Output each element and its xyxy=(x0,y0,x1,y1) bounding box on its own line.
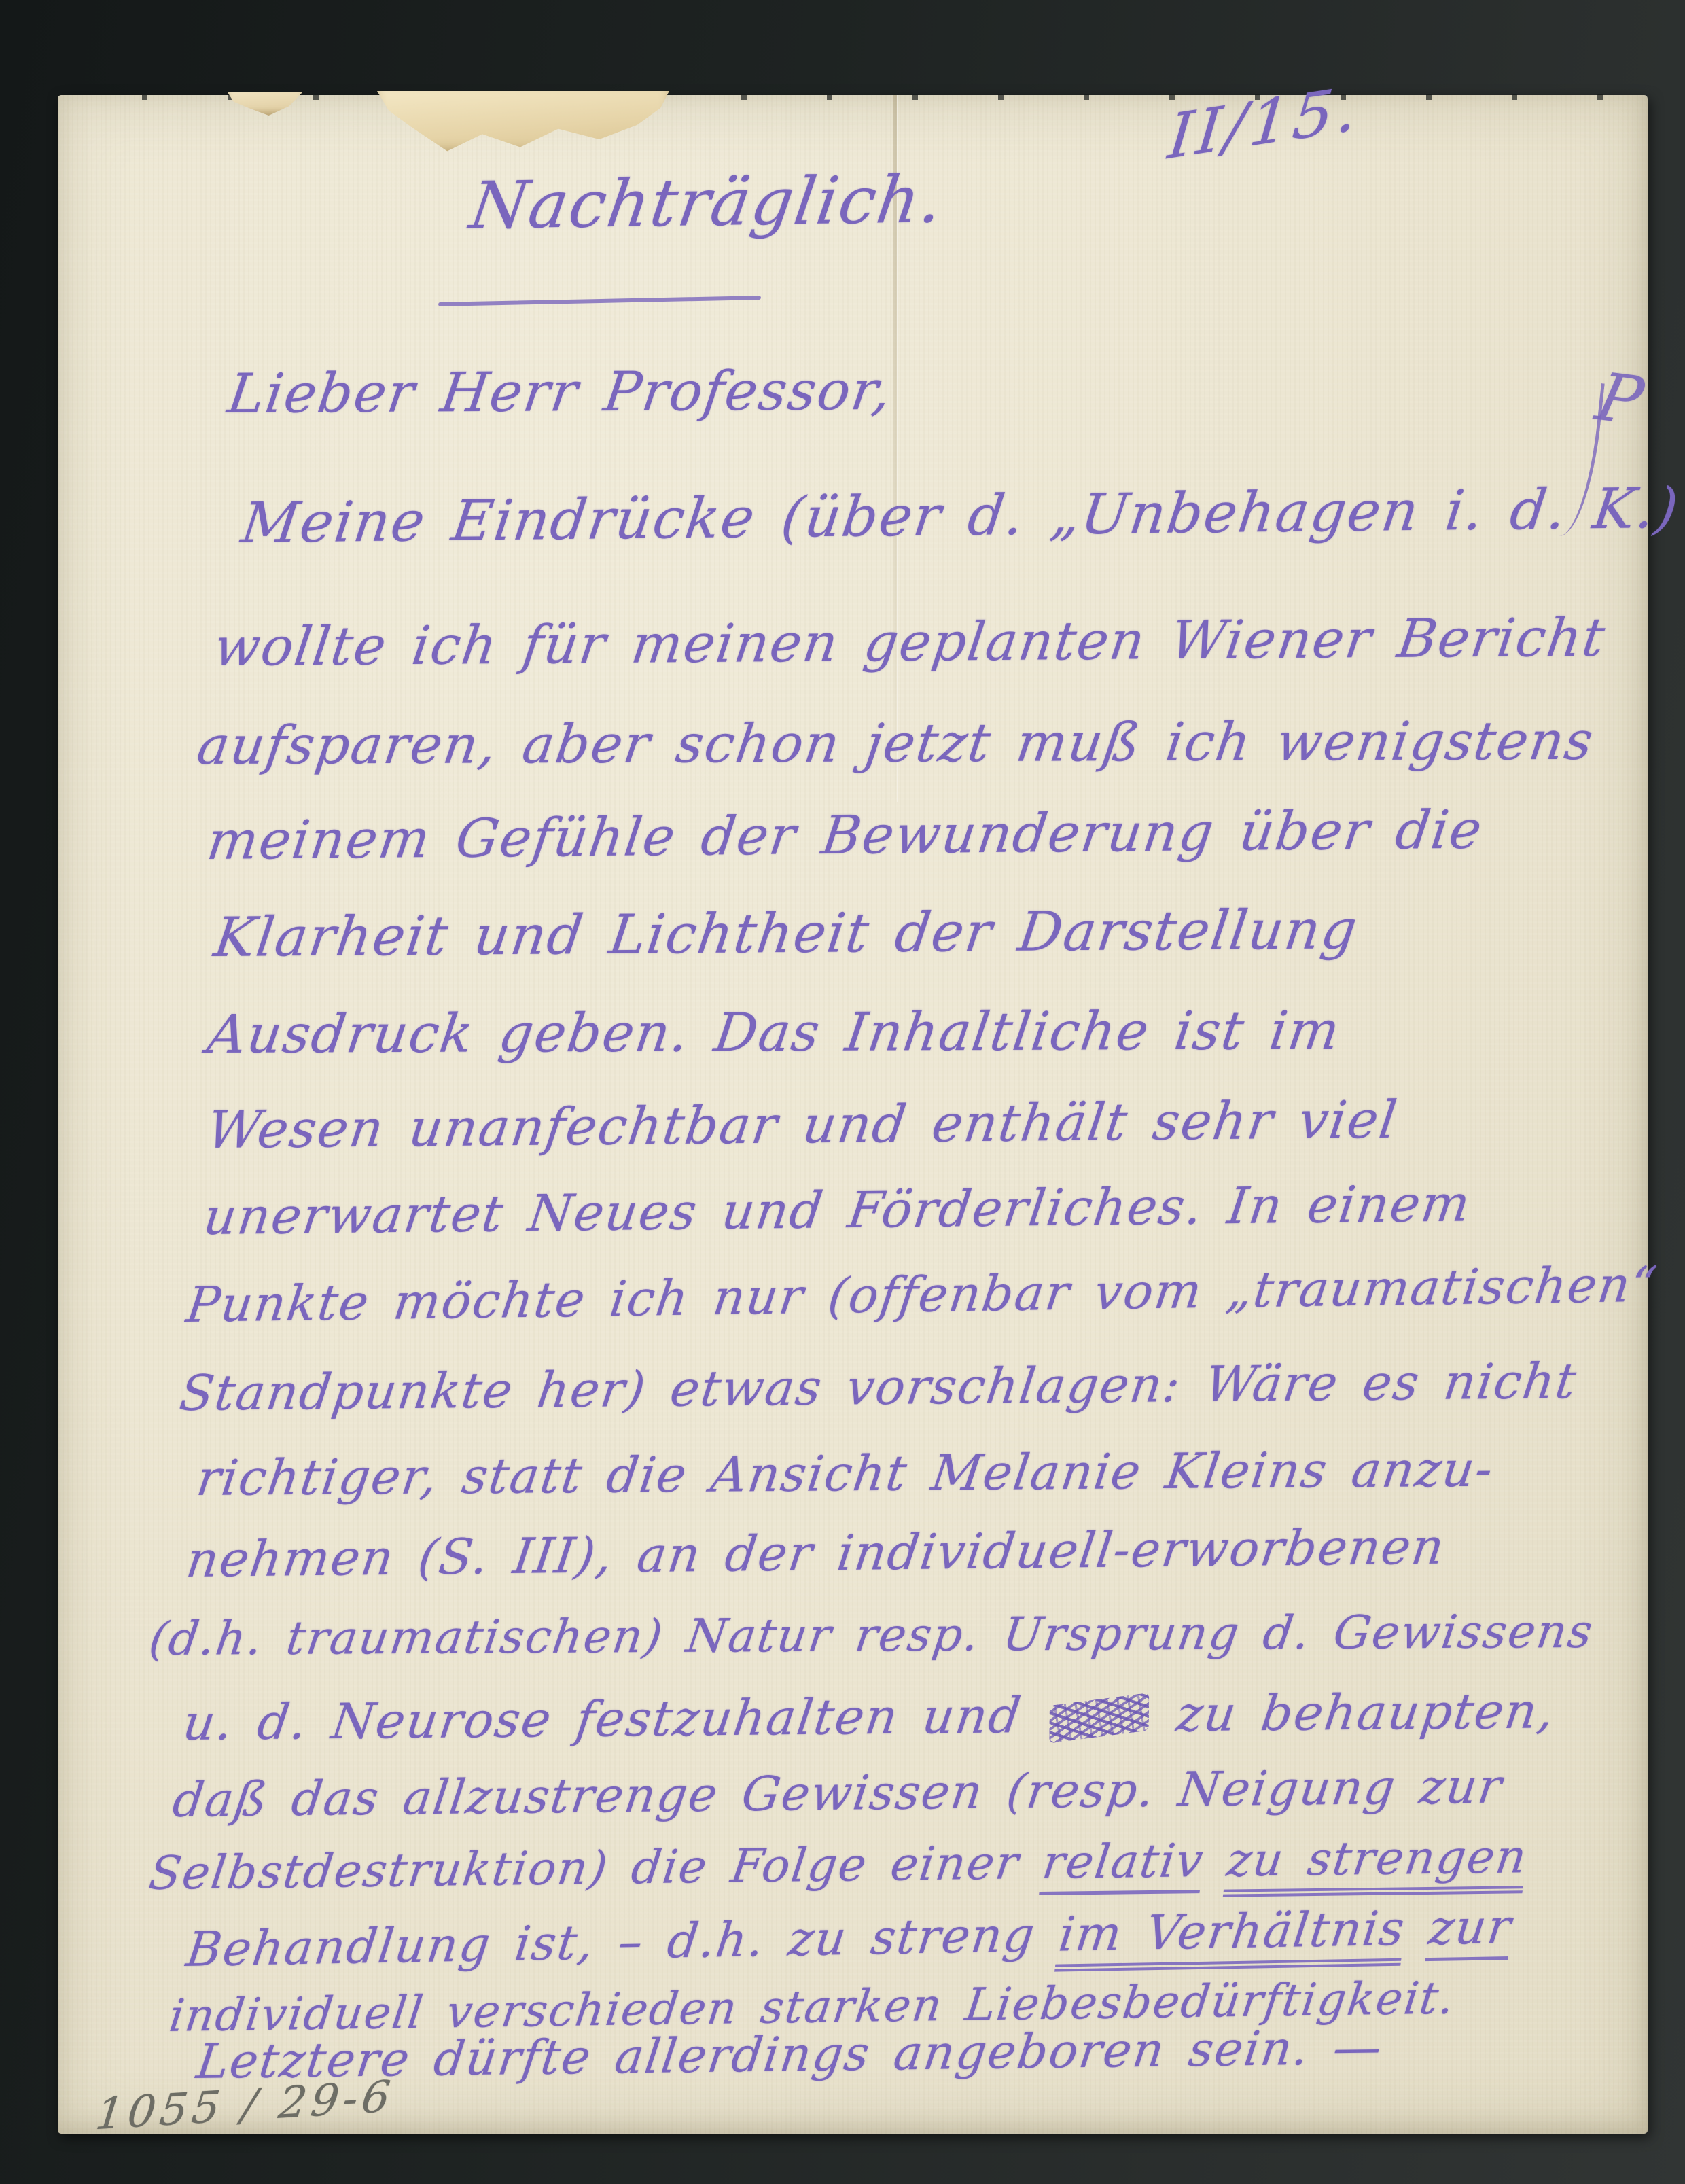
handwriting-line: nehmen (S. III), an der individuell-erwo… xyxy=(183,1519,1449,1587)
archive-number: 1055 / 29-6 xyxy=(93,2072,397,2140)
handwriting-line: Behandlung ist, – d.h. zu streng im Verh… xyxy=(183,1900,1515,1976)
handwriting-line: wollte ich für meinen geplanten Wiener B… xyxy=(211,609,1609,678)
handwriting-line: u. d. Neurose festzuhalten und zu behaup… xyxy=(180,1683,1559,1750)
handwriting-line: Klarheit und Lichtheit der Darstellung xyxy=(211,899,1362,968)
underlined-word: zur xyxy=(1425,1899,1515,1961)
letter-heading: Nachträglich. xyxy=(465,163,948,243)
underlined-word: im Verhältnis xyxy=(1054,1901,1408,1972)
handwriting-line: Standpunkte her) etwas vorschlagen: Wäre… xyxy=(177,1354,1580,1421)
letter-paper: II/15. Nachträglich. P Lieber Herr Profe… xyxy=(58,95,1648,2134)
handwriting-line: meinem Gefühle der Bewunderung über die xyxy=(204,801,1487,872)
handwriting-line: Meine Eindrücke (über d. „Unbehagen i. d… xyxy=(238,478,1683,555)
underlined-word: relativ xyxy=(1039,1834,1207,1895)
heading-underline xyxy=(438,296,761,306)
handwriting-line: unerwartet Neues und Förderliches. In ei… xyxy=(200,1176,1474,1246)
handwriting-line: Ausdruck geben. Das Inhaltliche ist im xyxy=(204,1002,1344,1065)
handwriting-line: richtiger, statt die Ansicht Melanie Kle… xyxy=(194,1442,1497,1506)
handwriting-line: Selbstdestruktion) die Folge einer relat… xyxy=(146,1831,1530,1900)
handwriting-line: Wesen unanfechtbar und enthält sehr viel xyxy=(204,1091,1401,1159)
torn-edge xyxy=(377,91,669,156)
handwriting-line: aufsparen, aber schon jetzt muß ich weni… xyxy=(194,712,1597,777)
handwriting-line: Punkte möchte ich nur (offenbar vom „tra… xyxy=(183,1257,1661,1333)
underlined-word: zu strengen xyxy=(1222,1830,1530,1897)
handwriting-line: (d.h. traumatischen) Natur resp. Ursprun… xyxy=(146,1606,1597,1666)
crossed-out-word xyxy=(1049,1693,1149,1743)
torn-edge-small xyxy=(228,92,302,116)
page-date: II/15. xyxy=(1165,73,1363,172)
handwriting-line: Lieber Herr Professor, xyxy=(224,360,895,425)
handwriting-line: daß das allzustrenge Gewissen (resp. Nei… xyxy=(170,1760,1506,1827)
